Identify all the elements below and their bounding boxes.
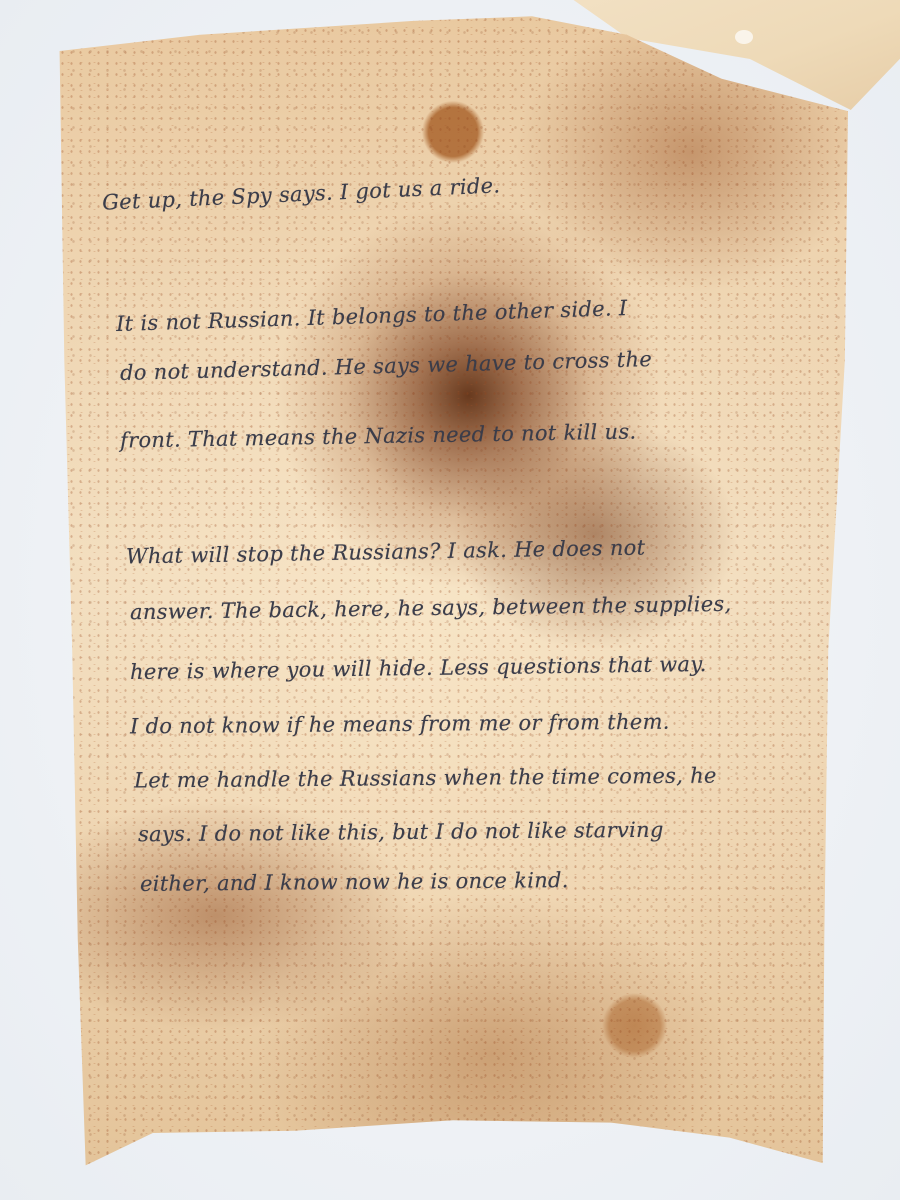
handwritten-text: Get up, the Spy says. I got us a ride. I…: [58, 14, 848, 1170]
text-line: says. I do not like this, but I do not l…: [138, 818, 664, 847]
text-line: I do not know if he means from me or fro…: [130, 710, 670, 739]
text-line: do not understand. He says we have to cr…: [120, 347, 653, 385]
paper-crease: [735, 30, 753, 44]
text-line: either, and I know now he is once kind.: [140, 868, 569, 896]
text-line: Get up, the Spy says. I got us a ride.: [102, 173, 501, 214]
text-line: Let me handle the Russians when the time…: [134, 763, 717, 792]
photo-scene: Get up, the Spy says. I got us a ride. I…: [0, 0, 900, 1200]
text-line: front. That means the Nazis need to not …: [120, 419, 637, 452]
text-line: It is not Russian. It belongs to the oth…: [116, 296, 628, 336]
text-line: here is where you will hide. Less questi…: [130, 652, 707, 684]
text-line: answer. The back, here, he says, between…: [130, 592, 732, 624]
aged-paper-letter: Get up, the Spy says. I got us a ride. I…: [58, 14, 848, 1170]
text-line: What will stop the Russians? I ask. He d…: [126, 535, 646, 568]
